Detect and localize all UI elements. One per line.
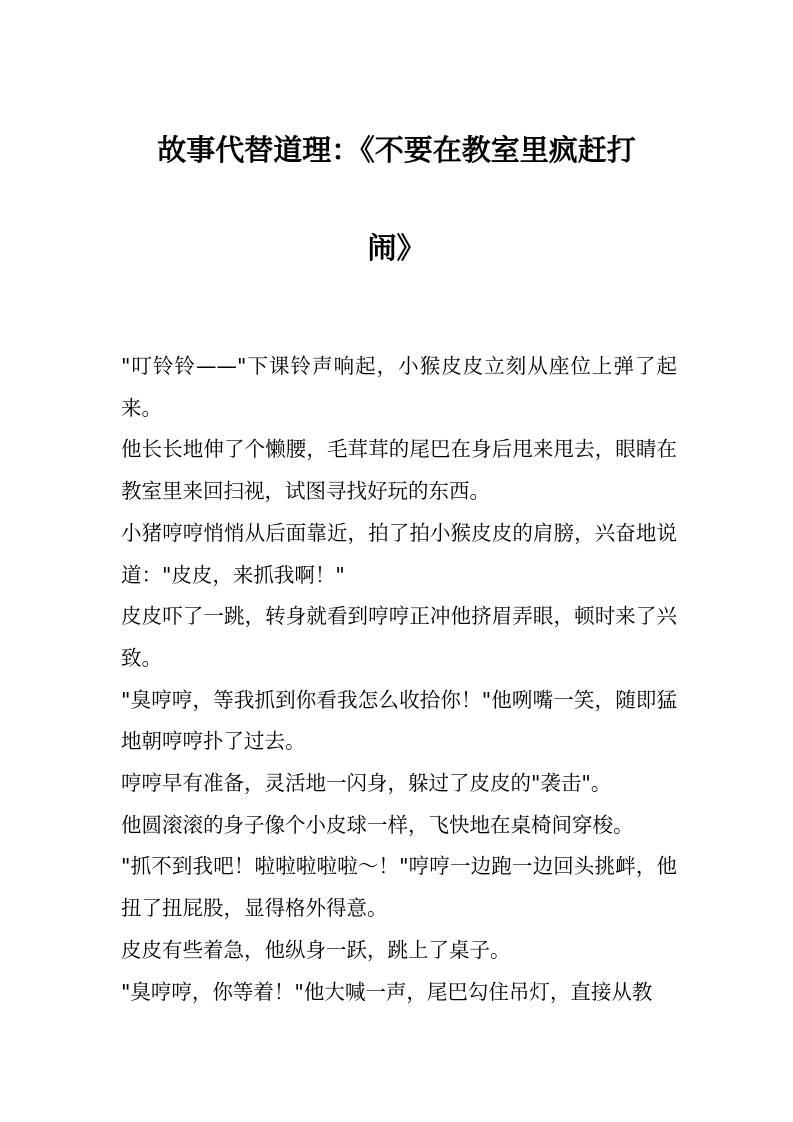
paragraph: "抓不到我吧！啦啦啦啦啦～！"哼哼一边跑一边回头挑衅，他扭了扭屁股，显得格外得意… — [121, 846, 677, 929]
paragraph: 他长长地伸了个懒腰，毛茸茸的尾巴在身后甩来甩去，眼睛在教室里来回扫视，试图寻找好… — [121, 429, 677, 512]
document-page: 故事代替道理：《不要在教室里疯赶打 闹》 "叮铃铃——"下课铃声响起，小猴皮皮立… — [0, 0, 793, 1122]
paragraph: "臭哼哼，等我抓到你看我怎么收拾你！"他咧嘴一笑，随即猛地朝哼哼扑了过去。 — [121, 680, 677, 763]
paragraph: "叮铃铃——"下课铃声响起，小猴皮皮立刻从座位上弹了起来。 — [121, 346, 677, 429]
document-title-line-1: 故事代替道理：《不要在教室里疯赶打 — [120, 133, 673, 167]
paragraph: 小猪哼哼悄悄从后面靠近，拍了拍小猴皮皮的肩膀，兴奋地说道："皮皮，来抓我啊！" — [121, 513, 677, 596]
document-title-line-2: 闹》 — [120, 231, 673, 265]
paragraph: 皮皮有些着急，他纵身一跃，跳上了桌子。 — [121, 930, 677, 972]
paragraph: "臭哼哼，你等着！"他大喊一声，尾巴勾住吊灯，直接从教 — [121, 972, 677, 1014]
paragraph: 哼哼早有准备，灵活地一闪身，躲过了皮皮的"袭击"。 — [121, 763, 677, 805]
document-body: "叮铃铃——"下课铃声响起，小猴皮皮立刻从座位上弹了起来。 他长长地伸了个懒腰，… — [121, 346, 677, 1013]
paragraph: 皮皮吓了一跳，转身就看到哼哼正冲他挤眉弄眼，顿时来了兴致。 — [121, 596, 677, 679]
paragraph: 他圆滚滚的身子像个小皮球一样，飞快地在桌椅间穿梭。 — [121, 805, 677, 847]
